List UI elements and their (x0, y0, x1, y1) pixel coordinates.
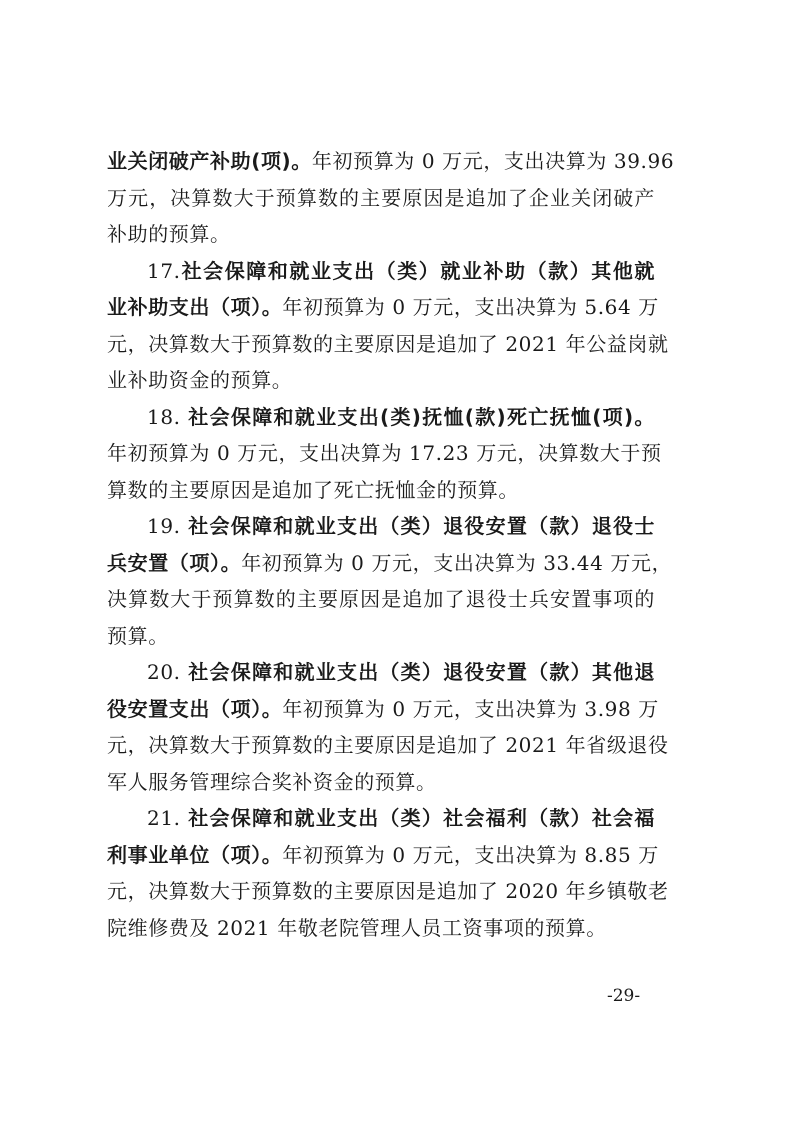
item-text: 军人服务管理综合奖补资金的预算。 (107, 770, 437, 794)
text-line: 年初预算为 0 万元，支出决算为 17.23 万元，决算数大于预 (107, 435, 655, 472)
item-text: 预算。 (107, 624, 169, 648)
item-heading: 社会保障和就业支出（类）退役安置（款）退役士 (188, 514, 655, 538)
item-number: 19. (147, 514, 188, 538)
text-line: 元，决算数大于预算数的主要原因是追加了 2020 年乡镇敬老 (107, 873, 655, 910)
item-text: 年初预算为 0 万元，支出决算为 17.23 万元，决算数大于预 (107, 441, 662, 465)
item-heading: 利事业单位（项）。 (107, 843, 282, 867)
paragraph-20: 20. 社会保障和就业支出（类）退役安置（款）其他退 役安置支出（项）。年初预算… (107, 654, 655, 800)
item-number: 21. (147, 806, 188, 830)
text-line: 业补助支出（项）。年初预算为 0 万元，支出决算为 5.64 万 (107, 289, 655, 326)
text-line: 军人服务管理综合奖补资金的预算。 (107, 764, 655, 801)
item-text: 年初预算为 0 万元，支出决算为 8.85 万 (282, 843, 659, 867)
document-body: 业关闭破产补助(项)。年初预算为 0 万元，支出决算为 39.96 万元，决算数… (107, 143, 655, 946)
item-number: 20. (147, 660, 188, 684)
item-text: 元，决算数大于预算数的主要原因是追加了 2020 年乡镇敬老 (107, 879, 669, 903)
text-line: 利事业单位（项）。年初预算为 0 万元，支出决算为 8.85 万 (107, 837, 655, 874)
item-text: 院维修费及 2021 年敬老院管理人员工资事项的预算。 (107, 916, 607, 940)
item-text: 年初预算为 0 万元，支出决算为 5.64 万 (282, 295, 659, 319)
text-line: 预算。 (107, 618, 655, 655)
item-text: 算数的主要原因是追加了死亡抚恤金的预算。 (107, 478, 519, 502)
text-line: 20. 社会保障和就业支出（类）退役安置（款）其他退 (107, 654, 655, 691)
text-line: 业补助资金的预算。 (107, 362, 655, 399)
text-line: 院维修费及 2021 年敬老院管理人员工资事项的预算。 (107, 910, 655, 947)
item-heading: 社会保障和就业支出（类）社会福利（款）社会福 (188, 806, 655, 830)
paragraph-18: 18. 社会保障和就业支出(类)抚恤(款)死亡抚恤(项)。 年初预算为 0 万元… (107, 399, 655, 509)
text-line: 算数的主要原因是追加了死亡抚恤金的预算。 (107, 472, 655, 509)
text-line: 业关闭破产补助(项)。年初预算为 0 万元，支出决算为 39.96 (107, 143, 655, 180)
item-heading: 兵安置（项）。 (107, 551, 241, 575)
item-text: 年初预算为 0 万元，支出决算为 33.44 万元， (241, 551, 672, 575)
paragraph-16-continuation: 业关闭破产补助(项)。年初预算为 0 万元，支出决算为 39.96 万元，决算数… (107, 143, 655, 253)
item-text: 年初预算为 0 万元，支出决算为 3.98 万 (282, 697, 659, 721)
text-line: 决算数大于预算数的主要原因是追加了退役士兵安置事项的 (107, 581, 655, 618)
item-number: 17. (147, 259, 181, 283)
paragraph-21: 21. 社会保障和就业支出（类）社会福利（款）社会福 利事业单位（项）。年初预算… (107, 800, 655, 946)
item-text: 补助的预算。 (107, 222, 231, 246)
text-line: 19. 社会保障和就业支出（类）退役安置（款）退役士 (107, 508, 655, 545)
item-heading: 役安置支出（项）。 (107, 697, 282, 721)
text-line: 17.社会保障和就业支出（类）就业补助（款）其他就 (107, 253, 655, 290)
item-heading: 社会保障和就业支出（类）退役安置（款）其他退 (188, 660, 655, 684)
item-text: 元，决算数大于预算数的主要原因是追加了 2021 年公益岗就 (107, 332, 669, 356)
text-line: 元，决算数大于预算数的主要原因是追加了 2021 年公益岗就 (107, 326, 655, 363)
item-heading: 业关闭破产补助(项)。 (107, 149, 312, 173)
item-text: 年初预算为 0 万元，支出决算为 39.96 (312, 149, 674, 173)
text-line: 18. 社会保障和就业支出(类)抚恤(款)死亡抚恤(项)。 (107, 399, 655, 436)
text-line: 元，决算数大于预算数的主要原因是追加了 2021 年省级退役 (107, 727, 655, 764)
text-line: 补助的预算。 (107, 216, 655, 253)
item-heading: 社会保障和就业支出(类)抚恤(款)死亡抚恤(项)。 (188, 405, 655, 429)
page-number: -29- (607, 986, 640, 1006)
text-line: 万元，决算数大于预算数的主要原因是追加了企业关闭破产 (107, 180, 655, 217)
item-heading: 业补助支出（项）。 (107, 295, 282, 319)
paragraph-17: 17.社会保障和就业支出（类）就业补助（款）其他就 业补助支出（项）。年初预算为… (107, 253, 655, 399)
item-number: 18. (147, 405, 188, 429)
item-heading: 社会保障和就业支出（类）就业补助（款）其他就 (181, 259, 655, 283)
item-text: 决算数大于预算数的主要原因是追加了退役士兵安置事项的 (107, 587, 655, 611)
text-line: 21. 社会保障和就业支出（类）社会福利（款）社会福 (107, 800, 655, 837)
text-line: 兵安置（项）。年初预算为 0 万元，支出决算为 33.44 万元， (107, 545, 655, 582)
item-text: 万元，决算数大于预算数的主要原因是追加了企业关闭破产 (107, 186, 655, 210)
paragraph-19: 19. 社会保障和就业支出（类）退役安置（款）退役士 兵安置（项）。年初预算为 … (107, 508, 655, 654)
item-text: 元，决算数大于预算数的主要原因是追加了 2021 年省级退役 (107, 733, 669, 757)
item-text: 业补助资金的预算。 (107, 368, 292, 392)
text-line: 役安置支出（项）。年初预算为 0 万元，支出决算为 3.98 万 (107, 691, 655, 728)
